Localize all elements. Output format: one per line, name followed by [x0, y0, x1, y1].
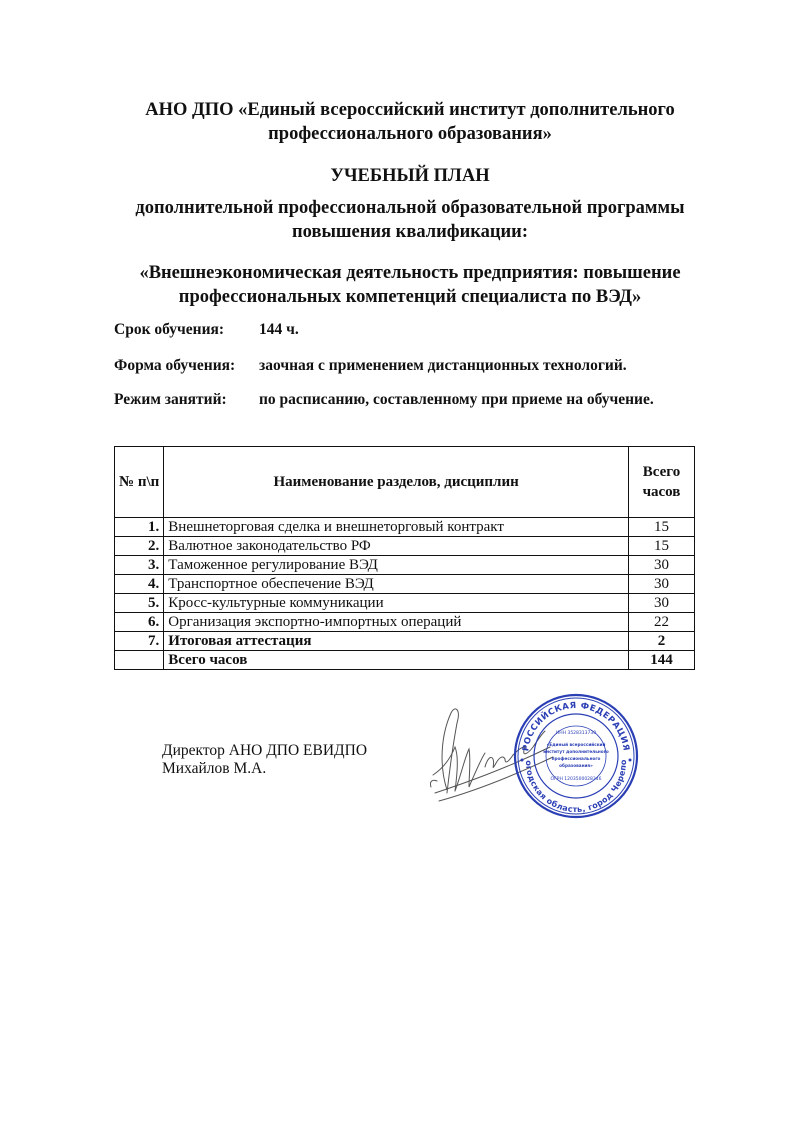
- signatory-position: Директор АНО ДПО ЕВИДПО: [162, 742, 367, 760]
- row-name: Транспортное обеспечение ВЭД: [164, 575, 629, 594]
- official-stamp-icon: РОССИЙСКАЯ ФЕДЕРАЦИЯ Вологодская область…: [512, 692, 640, 820]
- organization-line-2: профессионального образования»: [100, 122, 720, 146]
- row-hours: 2: [629, 632, 695, 651]
- svg-text:институт дополнительного: институт дополнительного: [543, 749, 609, 754]
- row-number: 6.: [115, 613, 164, 632]
- svg-text:ИНН 3528313730: ИНН 3528313730: [556, 730, 596, 736]
- header-number: № п\п: [115, 447, 164, 518]
- curriculum-table: № п\п Наименование разделов, дисциплин В…: [114, 446, 695, 670]
- table-row: 5. Кросс-культурные коммуникации 30: [115, 594, 695, 613]
- meta-value: 144 ч.: [259, 320, 299, 340]
- row-number: 4.: [115, 575, 164, 594]
- svg-text:ОГРН 1203500028346: ОГРН 1203500028346: [550, 776, 601, 782]
- meta-value: заочная с применением дистанционных техн…: [259, 356, 627, 376]
- row-name: Валютное законодательство РФ: [164, 537, 629, 556]
- course-title: «Внешнеэкономическая деятельность предпр…: [100, 261, 720, 309]
- row-hours: 22: [629, 613, 695, 632]
- table-header-row: № п\п Наименование разделов, дисциплин В…: [115, 447, 695, 518]
- total-hours: 144: [629, 651, 695, 670]
- organization-line-1: АНО ДПО «Единый всероссийский институт д…: [100, 98, 720, 122]
- row-name: Внешнеторговая сделка и внешнеторговый к…: [164, 518, 629, 537]
- program-line-2: повышения квалификации:: [100, 220, 720, 244]
- row-hours: 15: [629, 537, 695, 556]
- meta-label: Режим занятий:: [114, 390, 227, 410]
- row-hours: 30: [629, 575, 695, 594]
- table-row: 3. Таможенное регулирование ВЭД 30: [115, 556, 695, 575]
- header-hours-line-1: Всего: [633, 462, 690, 482]
- header-hours-line-2: часов: [633, 482, 690, 502]
- table-row: 2. Валютное законодательство РФ 15: [115, 537, 695, 556]
- header-name: Наименование разделов, дисциплин: [164, 447, 629, 518]
- row-name: Кросс-культурные коммуникации: [164, 594, 629, 613]
- row-number: 1.: [115, 518, 164, 537]
- table-row: 4. Транспортное обеспечение ВЭД 30: [115, 575, 695, 594]
- meta-label: Срок обучения:: [114, 320, 224, 340]
- row-hours: 30: [629, 594, 695, 613]
- table-row-final-assessment: 7. Итоговая аттестация 2: [115, 632, 695, 651]
- row-hours: 15: [629, 518, 695, 537]
- course-line-2: профессиональных компетенций специалиста…: [100, 285, 720, 309]
- program-type: дополнительной профессиональной образова…: [100, 196, 720, 244]
- meta-label: Форма обучения:: [114, 356, 235, 376]
- row-name: Организация экспортно-импортных операций: [164, 613, 629, 632]
- total-number: [115, 651, 164, 670]
- row-number: 3.: [115, 556, 164, 575]
- row-hours: 30: [629, 556, 695, 575]
- row-number: 7.: [115, 632, 164, 651]
- organization-name: АНО ДПО «Единый всероссийский институт д…: [100, 98, 720, 146]
- signatory-name: Михайлов М.А.: [162, 760, 367, 778]
- row-number: 2.: [115, 537, 164, 556]
- total-label: Всего часов: [164, 651, 629, 670]
- meta-value: по расписанию, составленному при приеме …: [259, 390, 654, 410]
- table-row: 1. Внешнеторговая сделка и внешнеторговы…: [115, 518, 695, 537]
- signatory-block: Директор АНО ДПО ЕВИДПО Михайлов М.А.: [162, 742, 367, 778]
- svg-text:профессионального: профессионального: [552, 756, 601, 761]
- svg-text:образования»: образования»: [559, 763, 593, 768]
- row-name: Итоговая аттестация: [164, 632, 629, 651]
- svg-text:«Единый всероссийский: «Единый всероссийский: [547, 742, 606, 747]
- program-line-1: дополнительной профессиональной образова…: [100, 196, 720, 220]
- table-row: 6. Организация экспортно-импортных опера…: [115, 613, 695, 632]
- row-name: Таможенное регулирование ВЭД: [164, 556, 629, 575]
- header-hours: Всего часов: [629, 447, 695, 518]
- course-line-1: «Внешнеэкономическая деятельность предпр…: [100, 261, 720, 285]
- document-title: УЧЕБНЫЙ ПЛАН: [100, 164, 720, 188]
- table-row-total: Всего часов 144: [115, 651, 695, 670]
- row-number: 5.: [115, 594, 164, 613]
- document-page: АНО ДПО «Единый всероссийский институт д…: [0, 0, 800, 1130]
